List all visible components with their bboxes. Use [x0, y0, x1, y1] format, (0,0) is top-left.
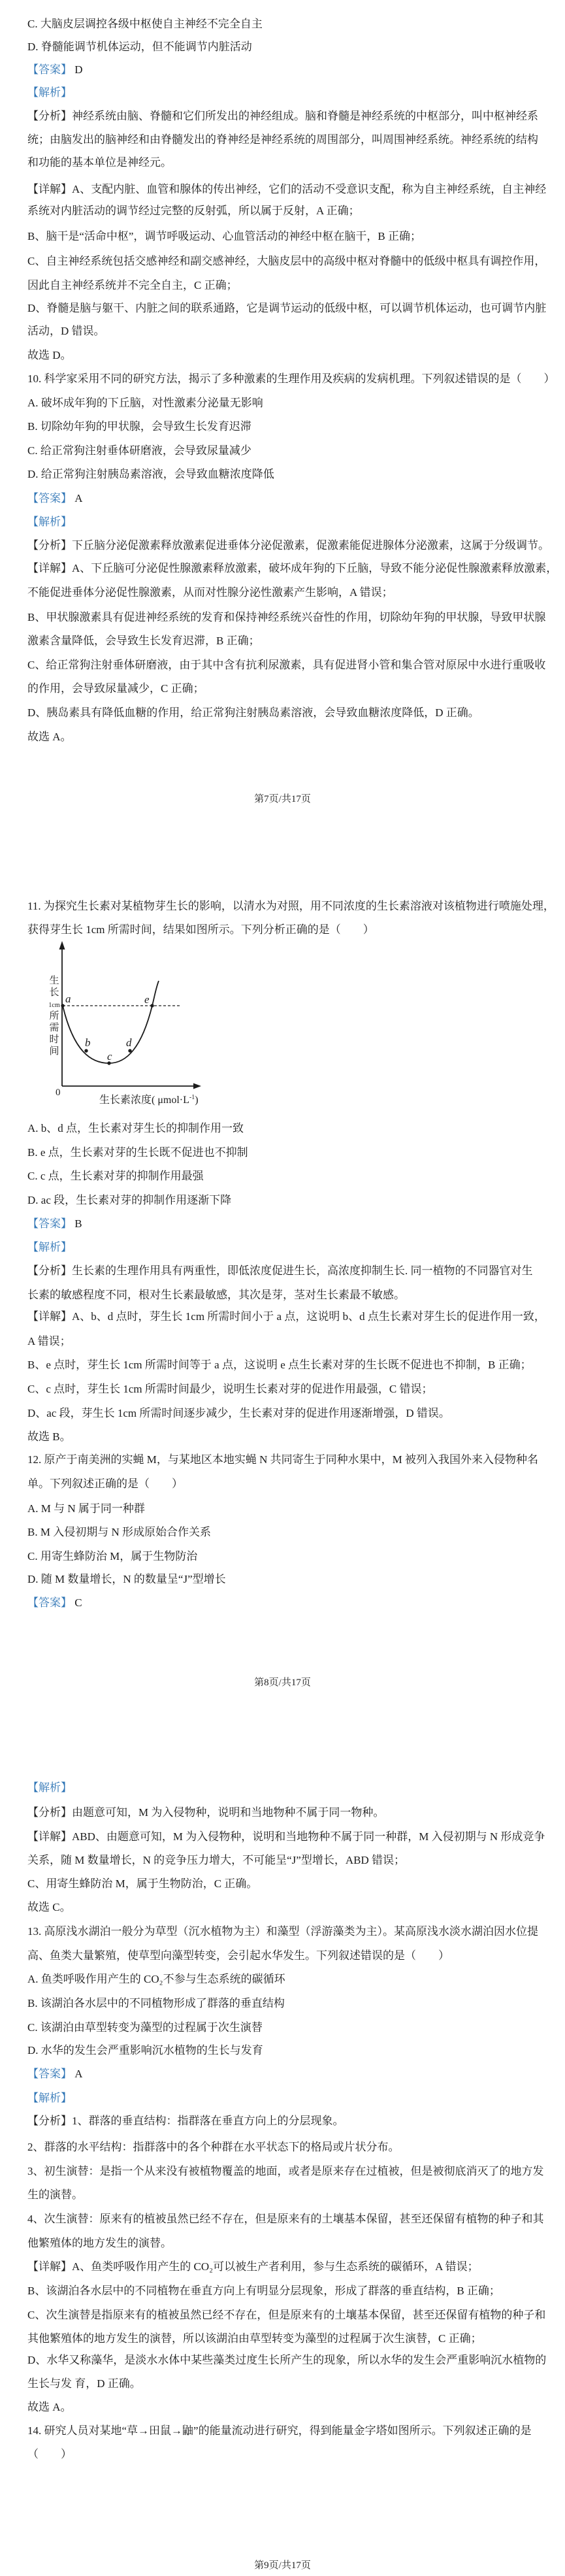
text-line: B、脑干是“活命中枢”，调节呼吸运动、心血管活动的神经中枢在脑干，B 正确；: [27, 230, 543, 242]
point-d: [128, 1049, 131, 1052]
text-line: 2、群落的水平结构：指群落中的各个种群在水平状态下的格局或片状分布。: [27, 2141, 543, 2153]
text-line: B、该湖泊各水层中的不同植物在垂直方向上有明显分层现象，形成了群落的垂直结构，B…: [27, 2285, 543, 2297]
text-line: C. 该湖泊由草型转变为藻型的过程属于次生演替: [27, 2021, 543, 2034]
line-text: 13. 高原浅水湖泊一般分为草型（沉水植物为主）和藻型（浮游藻类为主）。某高原浅…: [27, 1925, 538, 1938]
text-line: D. ac 段，生长素对芽的抑制作用逐渐下降: [27, 1194, 543, 1206]
line-text: D: [72, 63, 83, 76]
answer-label: 【答案】: [27, 2068, 72, 2080]
line-text: D、胰岛素具有降低血糖的作用，给正常狗注射胰岛素溶液，会导致血糖浓度降低，D 正…: [27, 706, 479, 719]
line-text: 生的演替。: [27, 2188, 83, 2201]
text-line: 【解析】: [27, 1241, 543, 1253]
text-line: 长素的敏感程度不同，根对生长素最敏感，其次是芽，茎对生长素最不敏感。: [27, 1289, 543, 1301]
line-text: C. 用寄生蜂防治 M，属于生物防治: [27, 1550, 197, 1562]
text-line: 【解析】: [27, 2092, 543, 2104]
line-text: 【详解】ABD、由题意可知，M 为入侵物种，说明和当地物种不属于同一种群，M 入…: [27, 1830, 545, 1843]
line-text: 获得芽生长 1cm 所需时间，结果如图所示。下列分析正确的是（ ）: [27, 923, 374, 936]
text-line: （ ）: [27, 2448, 543, 2460]
text-line: 的作用，会导致尿量减少，C 正确；: [27, 682, 543, 695]
line-text: B、e 点时，芽生长 1cm 所需时间等于 a 点，这说明 e 点生长素对芽的生…: [27, 1359, 532, 1371]
line-text: B、甲状腺激素具有促进神经系统的发育和保持神经系统兴奋性的作用，切除幼年狗的甲状…: [27, 611, 545, 623]
y-axis-arrow-icon: [59, 941, 65, 949]
text-line: 故选 B。: [27, 1430, 543, 1443]
answer-label: 【答案】: [27, 1217, 72, 1230]
line-text: 【分析】神经系统由脑、脊髓和它们所发出的神经组成。脑和脊髓是神经系统的中枢部分，…: [27, 110, 538, 122]
answer-label: 【答案】: [27, 492, 72, 504]
origin-label: 0: [56, 1087, 61, 1098]
line-text: 【详解】A、下丘脑可分泌促性腺激素释放激素，破坏成年狗的下丘脑，导致不能分泌促性…: [27, 562, 557, 574]
line-text: 【详解】A、支配内脏、血管和腺体的传出神经，它们的活动不受意识支配，称为自主神经…: [27, 183, 546, 195]
text-line: 故选 A。: [27, 731, 543, 743]
text-line: 【答案】 A: [27, 492, 543, 504]
text-line: D、水华又称藻华，是淡水水体中某些藻类过度生长所产生的现象，所以水华的发生会严重…: [27, 2354, 543, 2366]
answer-label: 【解析】: [27, 1241, 72, 1253]
answer-label: 【解析】: [27, 1781, 72, 1794]
point-label-a: a: [65, 993, 71, 1005]
line-text: A. M 与 N 属于同一种群: [27, 1502, 145, 1515]
line-text: 第8页/共17页: [254, 1677, 311, 1688]
line-text: 12. 原产于南美洲的实蝇 M，与某地区本地实蝇 N 共同寄生于同种水果中，M …: [27, 1453, 538, 1466]
text-line: 故选 C。: [27, 1901, 543, 1913]
line-text: B、脑干是“活命中枢”，调节呼吸运动、心血管活动的神经中枢在脑干，B 正确；: [27, 230, 421, 242]
line-text: 关系，随 M 数量增长，N 的竞争压力增大，不可能呈“J”型增长，ABD 错误；: [27, 1854, 405, 1866]
line-text: B、该湖泊各水层中的不同植物在垂直方向上有明显分层现象，形成了群落的垂直结构，B…: [27, 2285, 500, 2297]
line-text: 【详解】A、b、d 点时，芽生长 1cm 所需时间小于 a 点，这说明 b、d …: [27, 1310, 545, 1323]
text-line: 【解析】: [27, 1781, 543, 1794]
text-line: 其他繁殖体的地方发生的演替，所以该湖泊由草型转变为藻型的过程属于次生演替，C 正…: [27, 2332, 543, 2345]
text-line: 【详解】A、支配内脏、血管和腺体的传出神经，它们的活动不受意识支配，称为自主神经…: [27, 183, 543, 195]
text-line: 他繁殖体的地方发生的演替。: [27, 2237, 543, 2249]
text-line: D. 给正常狗注射胰岛素溶液，会导致血糖浓度降低: [27, 468, 543, 480]
text-line: D. 随 M 数量增长，N 的数量呈“J”型增长: [27, 1573, 543, 1585]
line-text: C: [72, 1596, 82, 1609]
line-text: 2、群落的水平结构：指群落中的各个种群在水平状态下的格局或片状分布。: [27, 2141, 400, 2153]
text-line: 4、次生演替：原来有的植被虽然已经不存在，但是原来有的土壤基本保留，甚至还保留有…: [27, 2213, 543, 2225]
point-label-c: c: [107, 1050, 112, 1063]
text-line: 因此自主神经系统并不完全自主，C 正确；: [27, 279, 543, 291]
document-page: C. 大脑皮层调控各级中枢使自主神经不完全自主D. 脊髓能调节机体运动，但不能调…: [0, 0, 565, 2576]
text-line: 活动，D 错误。: [27, 325, 543, 337]
text-line: B、甲状腺激素具有促进神经系统的发育和保持神经系统兴奋性的作用，切除幼年狗的甲状…: [27, 611, 543, 623]
text-line: 第7页/共17页: [0, 793, 565, 806]
text-line: 13. 高原浅水湖泊一般分为草型（沉水植物为主）和藻型（浮游藻类为主）。某高原浅…: [27, 1925, 543, 1938]
line-text: 故选 C。: [27, 1901, 71, 1913]
line-text: B: [72, 1217, 82, 1230]
line-text: C. 大脑皮层调控各级中枢使自主神经不完全自主: [27, 18, 263, 30]
text-line: 不能促进垂体分泌促性腺激素，从而对性腺分泌性激素产生影响，A 错误；: [27, 586, 543, 599]
line-text: 生长与发 育，D 正确。: [27, 2377, 141, 2390]
text-line: 关系，随 M 数量增长，N 的竞争压力增大，不可能呈“J”型增长，ABD 错误；: [27, 1854, 543, 1866]
text-line: 故选 D。: [27, 349, 543, 361]
line-text: 【分析】1、群落的垂直结构：指群落在垂直方向上的分层现象。: [27, 2115, 344, 2127]
line-text: D、脊髓是脑与躯干、内脏之间的联系通路，它是调节运动的低级中枢，可以调节机体运动…: [27, 302, 546, 314]
text-line: 生的演替。: [27, 2188, 543, 2201]
text-line: 【分析】下丘脑分泌促激素释放激素促进垂体分泌促激素，促激素能促进腺体分泌激素，这…: [27, 539, 543, 552]
line-text: A 错误；: [27, 1335, 71, 1347]
text-line: A. 破坏成年狗的下丘脑，对性激素分泌量无影响: [27, 397, 543, 409]
line-text: C. 给正常狗注射垂体研磨液，会导致尿量减少: [27, 444, 251, 457]
text-line: C. c 点，生长素对芽的抑制作用最强: [27, 1170, 543, 1182]
line-text: 故选 B。: [27, 1430, 71, 1443]
x-axis-label: 生长素浓度( μmol·L-1): [99, 1094, 199, 1106]
line-text: C. 该湖泊由草型转变为藻型的过程属于次生演替: [27, 2021, 263, 2034]
text-line: 【详解】A、下丘脑可分泌促性腺激素释放激素，破坏成年狗的下丘脑，导致不能分泌促性…: [27, 562, 543, 574]
line-text: 高、鱼类大量繁殖，使草型向藻型转变，会引起水华发生。下列叙述错误的是（ ）: [27, 1949, 449, 1962]
text-line: 获得芽生长 1cm 所需时间，结果如图所示。下列分析正确的是（ ）: [27, 923, 543, 936]
line-text: 活动，D 错误。: [27, 325, 105, 337]
text-line: 和功能的基本单位是神经元。: [27, 156, 543, 169]
text-line: 11. 为探究生长素对某植物芽生长的影响，以清水为对照，用不同浓度的生长素溶液对…: [27, 900, 543, 912]
answer-label: 【解析】: [27, 516, 72, 528]
line-text: 长素的敏感程度不同，根对生长素最敏感，其次是芽，茎对生长素最不敏感。: [27, 1289, 405, 1301]
line-text: 【分析】由题意可知，M 为入侵物种，说明和当地物种不属于同一物种。: [27, 1806, 384, 1819]
line-text: 【分析】生长素的生理作用具有两重性，即低浓度促进生长，高浓度抑制生长. 同一植物…: [27, 1264, 533, 1277]
text-line: 【详解】ABD、由题意可知，M 为入侵物种，说明和当地物种不属于同一种群，M 入…: [27, 1830, 543, 1843]
line-text: 故选 A。: [27, 731, 72, 743]
line-text: 其他繁殖体的地方发生的演替，所以该湖泊由草型转变为藻型的过程属于次生演替，C 正…: [27, 2332, 482, 2345]
line-text: （ ）: [27, 2448, 72, 2460]
answer-label: 【答案】: [27, 1596, 72, 1609]
line-text: 统；由脑发出的脑神经和由脊髓发出的脊神经是神经系统的周围部分，叫周围神经系统。神…: [27, 133, 538, 146]
text-line: 第8页/共17页: [0, 1677, 565, 1689]
line-text: 的作用，会导致尿量减少，C 正确；: [27, 682, 204, 695]
line-text: C、次生演替是指原来有的植被虽然已经不存在，但是原来有的土壤基本保留，甚至还保留…: [27, 2309, 545, 2321]
text-line: 【答案】 D: [27, 63, 543, 76]
line-text: 因此自主神经系统并不完全自主，C 正确；: [27, 279, 238, 291]
point-e: [150, 1004, 153, 1007]
text-line: B. 该湖泊各水层中的不同植物形成了群落的垂直结构: [27, 1997, 543, 2009]
text-line: 3、初生演替：是指一个从来没有被植物覆盖的地面，或者是原来存在过植被，但是被彻底…: [27, 2165, 543, 2177]
line-text: 14. 研究人员对某地“草→田鼠→鼬”的能量流动进行研究，得到能量金字塔如图所示…: [27, 2424, 532, 2437]
line-text: C、自主神经系统包括交感神经和副交感神经，大脑皮层中的高级中枢对脊髓中的低级中枢…: [27, 255, 545, 267]
line-text: A. 破坏成年狗的下丘脑，对性激素分泌量无影响: [27, 397, 263, 409]
text-line: 【答案】 C: [27, 1596, 543, 1609]
text-line: D、脊髓是脑与躯干、内脏之间的联系通路，它是调节运动的低级中枢，可以调节机体运动…: [27, 302, 543, 314]
text-line: 【分析】神经系统由脑、脊髓和它们所发出的神经组成。脑和脊髓是神经系统的中枢部分，…: [27, 110, 543, 122]
text-line: C. 给正常狗注射垂体研磨液，会导致尿量减少: [27, 444, 543, 457]
text-line: 12. 原产于南美洲的实蝇 M，与某地区本地实蝇 N 共同寄生于同种水果中，M …: [27, 1453, 543, 1466]
line-text: 他繁殖体的地方发生的演替。: [27, 2237, 172, 2249]
line-text: C. c 点，生长素对芽的抑制作用最强: [27, 1170, 204, 1182]
text-line: C、自主神经系统包括交感神经和副交感神经，大脑皮层中的高级中枢对脊髓中的低级中枢…: [27, 255, 543, 267]
line-text: 单。下列叙述正确的是（ ）: [27, 1478, 183, 1490]
line-text: D、ac 段，芽生长 1cm 所需时间逐步减少，生长素对芽的促进作用逐渐增强，D…: [27, 1407, 450, 1419]
text-line: A 错误；: [27, 1335, 543, 1347]
line-text: A. 鱼类呼吸作用产生的 CO₂不参与生态系统的碳循环: [27, 1973, 285, 1985]
answer-label: 【答案】: [27, 63, 72, 76]
line-text: D、水华又称藻华，是淡水水体中某些藻类过度生长所产生的现象，所以水华的发生会严重…: [27, 2354, 546, 2366]
line-text: C、c 点时，芽生长 1cm 所需时间最少，说明生长素对芽的促进作用最强，C 错…: [27, 1383, 433, 1395]
text-line: C. 用寄生蜂防治 M，属于生物防治: [27, 1550, 543, 1562]
text-line: C、用寄生蜂防治 M，属于生物防治，C 正确。: [27, 1877, 543, 1890]
text-line: B. 切除幼年狗的甲状腺，会导致生长发育迟滞: [27, 420, 543, 433]
line-text: 不能促进垂体分泌促性腺激素，从而对性腺分泌性激素产生影响，A 错误；: [27, 586, 393, 599]
point-a: [61, 1004, 64, 1007]
text-line: B. e 点，生长素对芽的生长既不促进也不抑制: [27, 1146, 543, 1159]
line-text: B. e 点，生长素对芽的生长既不促进也不抑制: [27, 1146, 248, 1159]
text-line: C、给正常狗注射垂体研磨液，由于其中含有抗利尿激素，具有促进肾小管和集合管对原尿…: [27, 659, 543, 671]
text-line: D. 水华的发生会严重影响沉水植物的生长与发育: [27, 2044, 543, 2056]
text-line: 14. 研究人员对某地“草→田鼠→鼬”的能量流动进行研究，得到能量金字塔如图所示…: [27, 2424, 543, 2437]
auxin-curve-figure: a b c d e 0 生长1cm所需时间 生长素浓度( μmol·L-1): [36, 938, 209, 1111]
line-text: D. 随 M 数量增长，N 的数量呈“J”型增长: [27, 1573, 226, 1585]
line-text: D. 水华的发生会严重影响沉水植物的生长与发育: [27, 2044, 263, 2056]
answer-label: 【解析】: [27, 2092, 72, 2104]
text-line: 第9页/共17页: [0, 2560, 565, 2572]
point-label-b: b: [85, 1036, 91, 1049]
text-line: B. M 入侵初期与 N 形成原始合作关系: [27, 1526, 543, 1538]
answer-label: 【解析】: [27, 86, 72, 99]
text-line: 【详解】A、鱼类呼吸作用产生的 CO₂可以被生产者利用，参与生态系统的碳循环，A…: [27, 2260, 543, 2273]
text-line: C、次生演替是指原来有的植被虽然已经不存在，但是原来有的土壤基本保留，甚至还保留…: [27, 2309, 543, 2321]
text-line: D、胰岛素具有降低血糖的作用，给正常狗注射胰岛素溶液，会导致血糖浓度降低，D 正…: [27, 706, 543, 719]
text-line: C. 大脑皮层调控各级中枢使自主神经不完全自主: [27, 18, 543, 30]
text-line: 【解析】: [27, 516, 543, 528]
line-text: 第9页/共17页: [254, 2560, 311, 2571]
line-text: 故选 D。: [27, 349, 72, 361]
text-line: 故选 A。: [27, 2401, 543, 2413]
line-text: 3、初生演替：是指一个从来没有被植物覆盖的地面，或者是原来存在过植被，但是被彻底…: [27, 2165, 544, 2177]
line-text: 【分析】下丘脑分泌促激素释放激素促进垂体分泌促激素，促激素能促进腺体分泌激素，这…: [27, 539, 549, 552]
point-label-d: d: [126, 1036, 132, 1049]
x-axis-arrow-icon: [193, 1083, 201, 1089]
line-text: A: [72, 2068, 83, 2080]
text-line: 系统对内脏活动的调节经过完整的反射弧，所以属于反射，A 正确；: [27, 205, 543, 217]
text-line: 高、鱼类大量繁殖，使草型向藻型转变，会引起水华发生。下列叙述错误的是（ ）: [27, 1949, 543, 1962]
line-text: 激素含量降低，会导致生长发育迟滞，B 正确；: [27, 635, 260, 647]
line-text: 故选 A。: [27, 2401, 72, 2413]
text-line: 生长与发 育，D 正确。: [27, 2377, 543, 2390]
text-line: 10. 科学家采用不同的研究方法，揭示了多种激素的生理作用及疾病的发病机理。下列…: [27, 372, 543, 385]
line-text: 【详解】A、鱼类呼吸作用产生的 CO₂可以被生产者利用，参与生态系统的碳循环，A…: [27, 2260, 479, 2273]
line-text: B. M 入侵初期与 N 形成原始合作关系: [27, 1526, 211, 1538]
line-text: D. 脊髓能调节机体运动，但不能调节内脏活动: [27, 41, 252, 53]
text-line: D、ac 段，芽生长 1cm 所需时间逐步减少，生长素对芽的促进作用逐渐增强，D…: [27, 1407, 543, 1419]
point-b: [84, 1049, 88, 1052]
text-line: 单。下列叙述正确的是（ ）: [27, 1478, 543, 1490]
text-line: A. 鱼类呼吸作用产生的 CO₂不参与生态系统的碳循环: [27, 1973, 543, 1985]
text-line: 【答案】 B: [27, 1217, 543, 1230]
text-line: D. 脊髓能调节机体运动，但不能调节内脏活动: [27, 41, 543, 53]
text-line: 【分析】生长素的生理作用具有两重性，即低浓度促进生长，高浓度抑制生长. 同一植物…: [27, 1264, 543, 1277]
text-line: 【分析】由题意可知，M 为入侵物种，说明和当地物种不属于同一物种。: [27, 1806, 543, 1819]
line-text: A. b、d 点，生长素对芽生长的抑制作用一致: [27, 1122, 244, 1134]
line-text: C、给正常狗注射垂体研磨液，由于其中含有抗利尿激素，具有促进肾小管和集合管对原尿…: [27, 659, 545, 671]
text-line: 【解析】: [27, 86, 543, 99]
text-line: 【详解】A、b、d 点时，芽生长 1cm 所需时间小于 a 点，这说明 b、d …: [27, 1310, 543, 1323]
point-label-e: e: [144, 993, 150, 1006]
line-text: 10. 科学家采用不同的研究方法，揭示了多种激素的生理作用及疾病的发病机理。下列…: [27, 372, 555, 385]
line-text: D. ac 段，生长素对芽的抑制作用逐渐下降: [27, 1194, 231, 1206]
line-text: 系统对内脏活动的调节经过完整的反射弧，所以属于反射，A 正确；: [27, 205, 360, 217]
line-text: 第7页/共17页: [254, 794, 311, 804]
text-line: 统；由脑发出的脑神经和由脊髓发出的脊神经是神经系统的周围部分，叫周围神经系统。神…: [27, 133, 543, 146]
line-text: A: [72, 492, 83, 504]
text-line: 【答案】 A: [27, 2068, 543, 2080]
line-text: 11. 为探究生长素对某植物芽生长的影响，以清水为对照，用不同浓度的生长素溶液对…: [27, 900, 555, 912]
text-line: A. M 与 N 属于同一种群: [27, 1502, 543, 1515]
line-text: 和功能的基本单位是神经元。: [27, 156, 172, 169]
line-text: 4、次生演替：原来有的植被虽然已经不存在，但是原来有的土壤基本保留，甚至还保留有…: [27, 2213, 544, 2225]
text-line: C、c 点时，芽生长 1cm 所需时间最少，说明生长素对芽的促进作用最强，C 错…: [27, 1383, 543, 1395]
line-text: B. 切除幼年狗的甲状腺，会导致生长发育迟滞: [27, 420, 251, 433]
text-line: 【分析】1、群落的垂直结构：指群落在垂直方向上的分层现象。: [27, 2115, 543, 2127]
line-text: C、用寄生蜂防治 M，属于生物防治，C 正确。: [27, 1877, 257, 1890]
text-line: B、e 点时，芽生长 1cm 所需时间等于 a 点，这说明 e 点生长素对芽的生…: [27, 1359, 543, 1371]
line-text: D. 给正常狗注射胰岛素溶液，会导致血糖浓度降低: [27, 468, 274, 480]
text-line: 激素含量降低，会导致生长发育迟滞，B 正确；: [27, 635, 543, 647]
text-line: A. b、d 点，生长素对芽生长的抑制作用一致: [27, 1122, 543, 1134]
y-axis-label: 生长1cm所需时间: [48, 975, 59, 1057]
line-text: B. 该湖泊各水层中的不同植物形成了群落的垂直结构: [27, 1997, 285, 2009]
